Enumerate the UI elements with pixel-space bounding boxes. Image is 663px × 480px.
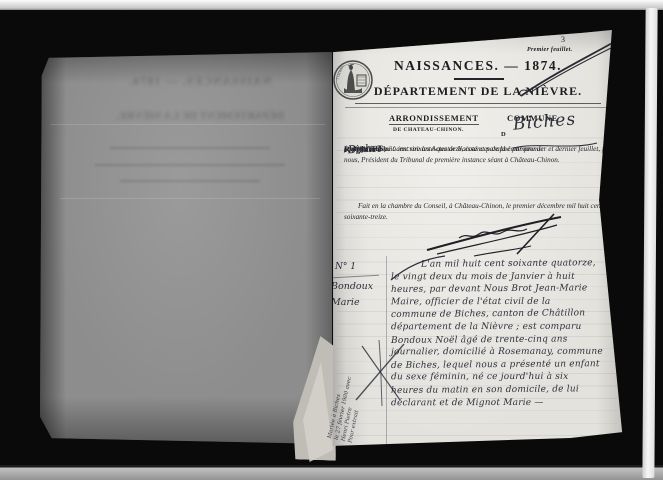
marginal-note-paraph bbox=[352, 338, 410, 408]
president-signature bbox=[419, 212, 569, 257]
page-edge-ruler-strip bbox=[642, 8, 657, 478]
act-line: journalier, domicilié à Rosemanay, commu… bbox=[391, 346, 619, 359]
act-margin-surname: Bondoux bbox=[331, 281, 373, 292]
ghost-department-bleedthrough: DÉPARTEMENT DE LA NIÈVRE. bbox=[85, 110, 315, 122]
commune-prefix: D bbox=[501, 131, 506, 138]
act-line: déclarant et de Mignot Marie — bbox=[391, 396, 619, 409]
department-heading: DÉPARTEMENT DE LA NIÈVRE. bbox=[349, 84, 607, 99]
arrondissement-value: DE CHATEAU-CHINON. bbox=[393, 127, 464, 133]
page-scratch-line bbox=[60, 198, 320, 199]
registry-scan-photo: NAISSANCES. — 1874. DÉPARTEMENT DE LA NI… bbox=[0, 0, 663, 480]
act-line: commune de Biches, canton de Châtillon bbox=[391, 307, 619, 322]
double-rule-top bbox=[355, 103, 601, 104]
act-line: L'an mil huit cent soixante quatorze, bbox=[391, 257, 619, 272]
photo-top-edge bbox=[0, 0, 663, 10]
act-line: département de la Nièvre ; est comparu bbox=[391, 321, 619, 334]
act-line: heures du matin en son domicile, de lui bbox=[391, 383, 619, 398]
left-verso-page: NAISSANCES. — 1874. DÉPARTEMENT DE LA NI… bbox=[40, 52, 332, 444]
act-line: du sexe féminin, né ce jourd'hui à six bbox=[391, 371, 619, 384]
arrondissement-label: ARRONDISSEMENT bbox=[389, 113, 479, 125]
birth-act-text: L'an mil huit cent soixante quatorze, le… bbox=[391, 258, 619, 409]
ghost-title-bleedthrough: NAISSANCES. — 1874. bbox=[95, 74, 305, 89]
photo-bottom-edge bbox=[0, 465, 663, 480]
ghost-text-bar bbox=[95, 164, 285, 166]
double-rule-bottom bbox=[345, 107, 611, 108]
ghost-text-bar bbox=[110, 147, 270, 149]
act-line: heures, par devant Nous Brot Jean-Marie bbox=[391, 282, 619, 297]
ghost-text-bar bbox=[120, 180, 260, 182]
act-number: N° 1 bbox=[335, 262, 356, 272]
title-underline bbox=[454, 78, 504, 80]
register-title: NAISSANCES. — 1874. bbox=[349, 58, 607, 74]
act-margin-givenname: Marie bbox=[331, 297, 360, 308]
page-scratch-line bbox=[50, 124, 325, 125]
printed-text: pour l'an mil huit cent soixante-quatorz… bbox=[344, 144, 612, 166]
